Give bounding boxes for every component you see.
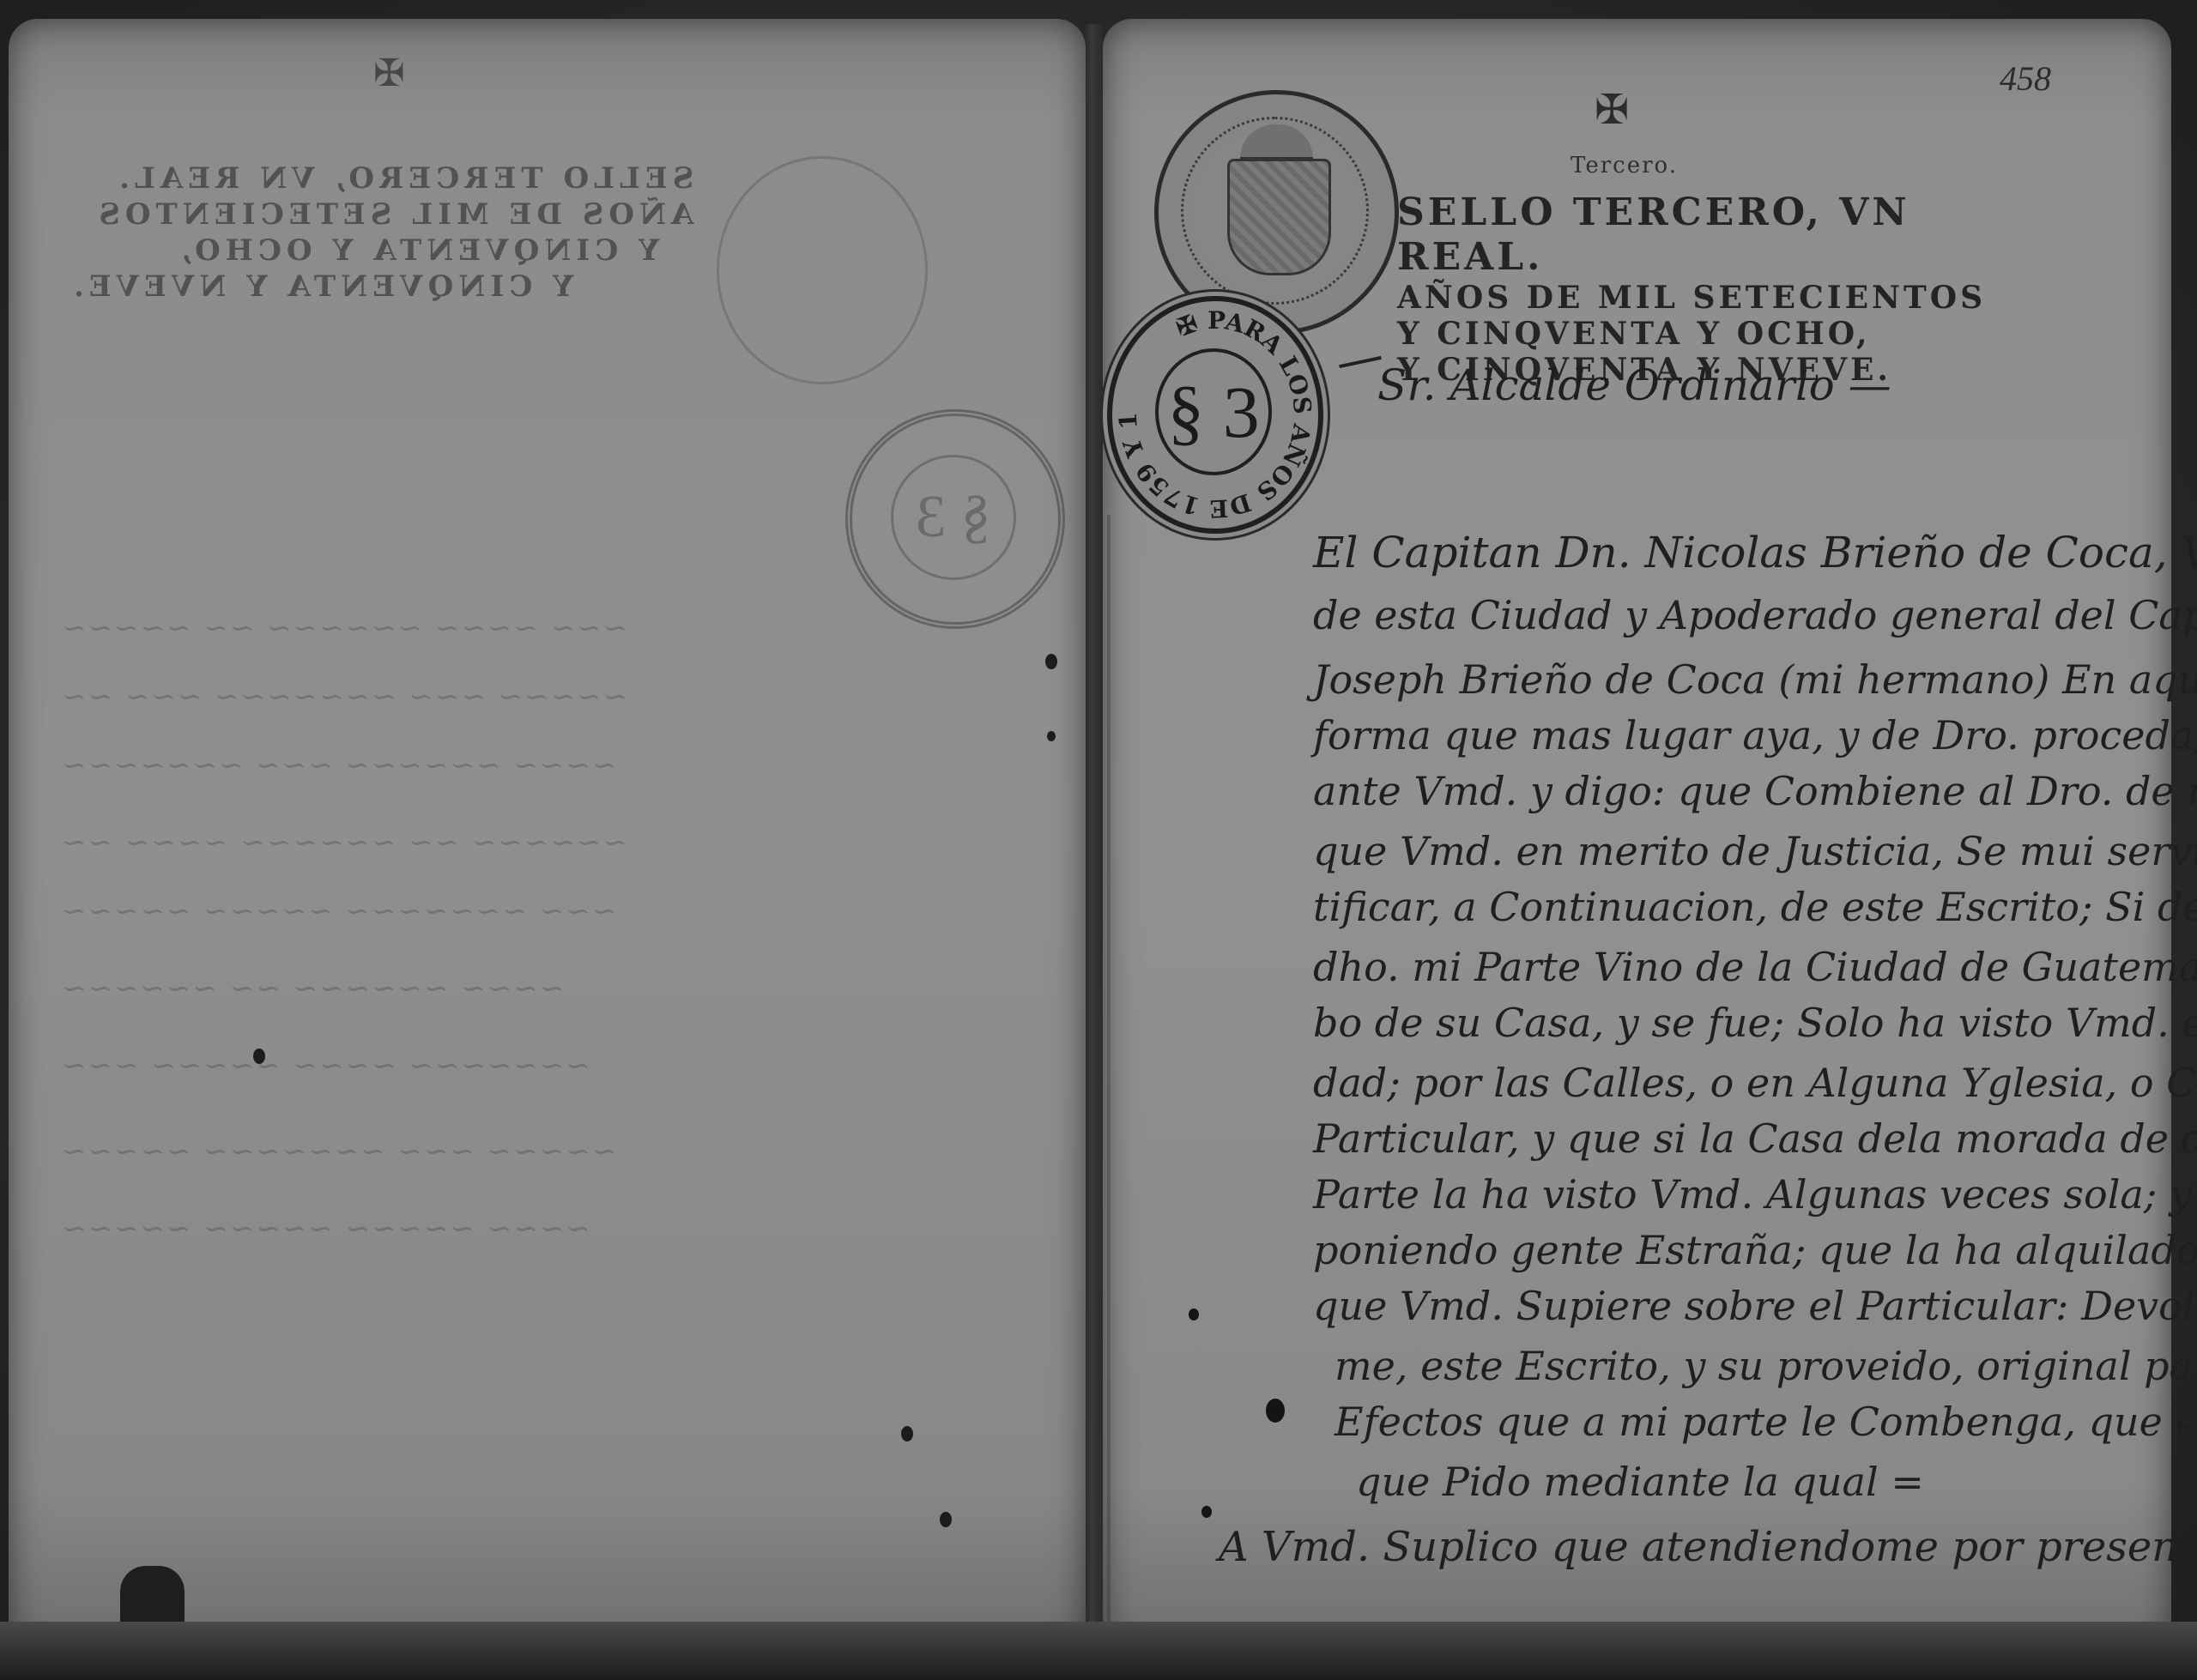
bleed-cross-icon: ✠ (373, 51, 405, 95)
body-line: Efectos que a mi parte le Combenga, que … (1335, 1399, 2197, 1445)
body-line: tificar, a Continuacion, de este Escrito… (1313, 884, 2197, 930)
bleed-stamp-line: Y CINQVENTA Y OCHO, (69, 233, 693, 269)
body-line: dho. mi Parte Vino de la Ciudad de Guate… (1313, 944, 2197, 990)
body-line: de esta Ciudad y Apoderado general del C… (1313, 592, 2197, 638)
ink-dot (1047, 731, 1056, 741)
ink-dot (940, 1512, 952, 1527)
stamp-line-3: Y CINQVENTA Y OCHO, (1397, 316, 2032, 352)
binding-gutter (1086, 24, 1103, 1646)
body-line: dad; por las Calles, o en Alguna Yglesia… (1313, 1060, 2197, 1106)
bleed-stamp-header: SELLO TERCERO, VN REAL. AÑOS DE MIL SETE… (69, 160, 693, 305)
body-line: que Vmd. en merito de Justicia, Se mui s… (1313, 828, 2197, 874)
ink-dot (253, 1048, 265, 1064)
bleed-script-line: ~~~~~ ~~~ ~~~~~~~ ~~~ ~~ (60, 680, 627, 714)
royal-seal (1154, 90, 1399, 335)
bleed-script-line: ~~~~ ~~~~~~ ~~~ ~~~~~~~ (60, 748, 616, 783)
body-line: poniendo gente Estraña; que la ha alquil… (1313, 1227, 2197, 1273)
body-line: que Vmd. Supiere sobre el Particular: De… (1313, 1283, 2197, 1329)
ink-dot (1201, 1506, 1212, 1518)
bleed-stamp-line: Y CINQVENTA Y NVEVE. (69, 269, 693, 305)
addressee: Sr. Alcalde Ordinario — (1377, 360, 1891, 410)
body-line: Particular, y que si la Casa dela morada… (1313, 1115, 2197, 1162)
bleed-script-line: ~~~~~~~ ~~~~ ~~~~~ ~~~ (60, 1048, 590, 1083)
ink-dot (1045, 654, 1057, 669)
scan-bottom-edge (0, 1622, 2197, 1680)
ink-dot (1189, 1308, 1199, 1320)
bleed-script-line: ~~~ ~~~~ ~~~~~~ ~~ ~~~~~ (60, 611, 627, 645)
bleed-stamp-line: AÑOS DE MIL SETECIENTOS (69, 196, 693, 233)
body-line: bo de su Casa, y se fue; Solo ha visto V… (1313, 1000, 2197, 1046)
left-page: ✠ SELLO TERCERO, VN REAL. AÑOS DE MIL SE… (9, 19, 1086, 1649)
bleed-stamp-line: SELLO TERCERO, VN REAL. (69, 160, 693, 196)
cross-icon: ✠ (1595, 86, 1629, 134)
bleed-royal-seal (717, 156, 928, 384)
body-line: Parte la ha visto Vmd. Algunas veces sol… (1313, 1171, 2197, 1218)
stamped-paper-header: SELLO TERCERO, VN REAL. AÑOS DE MIL SETE… (1397, 190, 2032, 388)
stamp-line-2: AÑOS DE MIL SETECIENTOS (1397, 280, 2032, 316)
stamp-small-label: Tercero. (1571, 153, 1678, 178)
bleed-script-line: ~~~~~ ~~~ ~~~~~~~ ~~~~~ (60, 1134, 616, 1169)
body-line: que Pido mediante la qual = (1356, 1459, 1924, 1505)
body-line: El Capitan Dn. Nicolas Brieño de Coca, V… (1313, 528, 2197, 577)
ink-blot (1266, 1399, 1285, 1423)
bleed-script-line: ~~~~ ~~~~~~ ~~ ~~~~~~ (60, 971, 564, 1006)
body-line: A Vmd. Suplico que atendiendome por pres… (1219, 1523, 2197, 1571)
bleed-script-line: ~~~ ~~~~~~~ ~~~~~ ~~~~~ (60, 894, 616, 928)
stamp-line-1: SELLO TERCERO, VN REAL. (1397, 190, 2032, 280)
bleed-script-line: ~~~~ ~~~~~ ~~~~~ ~~~~~ (60, 1212, 590, 1246)
folio-number: 458 (2000, 58, 2051, 99)
seal-center: § 3 (1155, 348, 1272, 475)
body-line: Joseph Brieño de Coca (mi hermano) En aq… (1313, 656, 2197, 703)
bleed-script-line: ~~~~~~ ~~ ~~~~~~ ~~~~ ~~ (60, 825, 627, 860)
habilitation-seal: ✠ PARA LOS AÑOS DE 1759 Y 1760 § 3 (1107, 296, 1323, 534)
body-line: forma que mas lugar aya, y de Dro. proce… (1313, 712, 2197, 758)
ink-dot (901, 1426, 913, 1441)
bleed-habilitation-seal: § 3 (845, 409, 1065, 629)
body-line: ante Vmd. y digo: que Combiene al Dro. d… (1313, 768, 2197, 814)
body-line: me, este Escrito, y su proveido, origina… (1335, 1343, 2197, 1389)
shield-icon (1227, 159, 1331, 275)
margin-scratch (1107, 515, 1111, 1630)
bleed-seal-center: § 3 (891, 455, 1016, 580)
